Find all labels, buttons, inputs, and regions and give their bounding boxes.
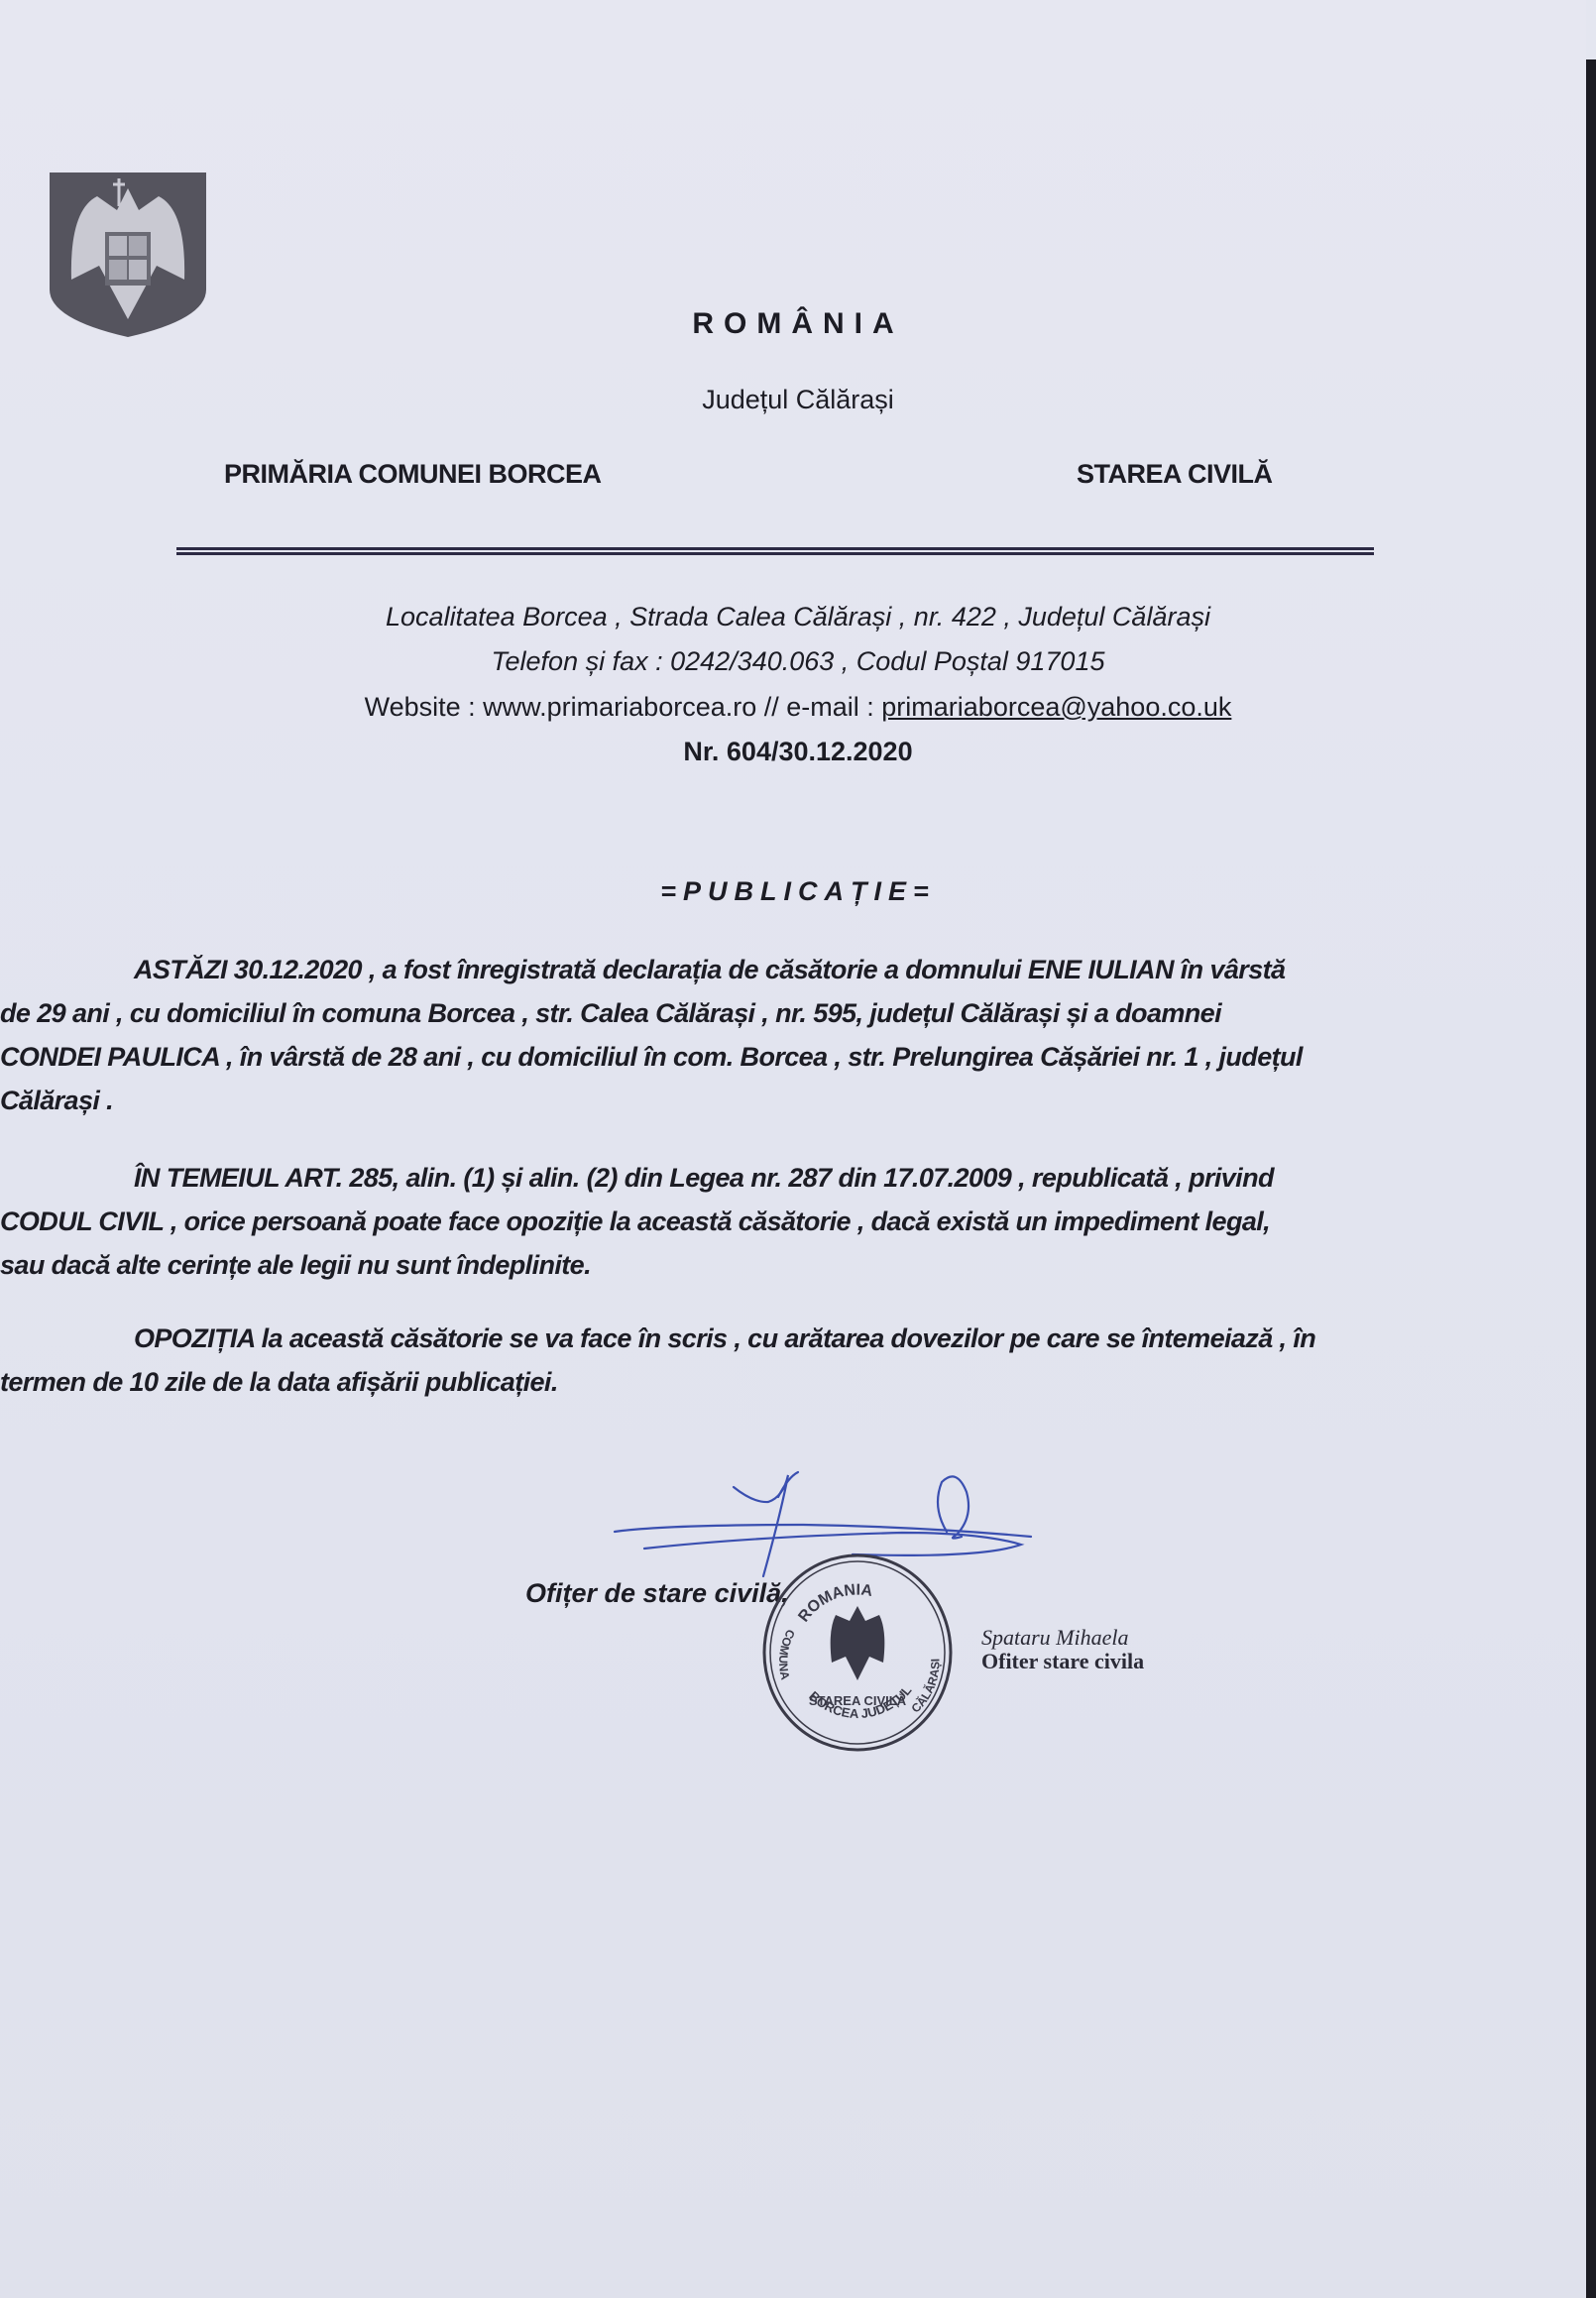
- document-page: [0, 0, 1586, 2298]
- registration-number: Nr. 604/30.12.2020: [0, 737, 1596, 767]
- signer-block: Spataru Mihaela Ofiter stare civila: [981, 1626, 1144, 1673]
- web-email-line: Website : www.primariaborcea.ro // e-mai…: [0, 692, 1596, 723]
- county-label: Județul Călărași: [0, 385, 1596, 415]
- svg-text:CĂLĂRAȘI: CĂLĂRAȘI: [909, 1659, 943, 1716]
- svg-text:STAREA CIVILĂ: STAREA CIVILĂ: [809, 1693, 907, 1708]
- country-heading: ROMÂNIA: [0, 307, 1596, 341]
- institution-name: PRIMĂRIA COMUNEI BORCEA: [224, 459, 602, 490]
- official-stamp-icon: ROMANIA BORCEA JUDEȚUL COMUNA CĂLĂRAȘI S…: [758, 1551, 957, 1755]
- paragraph-declaration: ASTĂZI 30.12.2020 , a fost înregistrată …: [0, 948, 1318, 1122]
- signer-name: Spataru Mihaela: [981, 1626, 1144, 1650]
- paragraph-opposition: OPOZIȚIA la această căsătorie se va face…: [0, 1317, 1318, 1404]
- paragraph-legal-basis: ÎN TEMEIUL ART. 285, alin. (1) și alin. …: [0, 1156, 1318, 1287]
- header-divider: [176, 547, 1374, 555]
- department-name: STAREA CIVILĂ: [1077, 459, 1273, 490]
- document-title: =PUBLICAȚIE=: [0, 876, 1596, 907]
- svg-text:COMUNA: COMUNA: [776, 1627, 798, 1681]
- signer-title: Ofiter stare civila: [981, 1650, 1144, 1673]
- phone-line: Telefon și fax : 0242/340.063 , Codul Po…: [0, 646, 1596, 677]
- website-text: Website : www.primariaborcea.ro // e-mai…: [365, 692, 882, 722]
- address-line: Localitatea Borcea , Strada Calea Călăra…: [0, 602, 1596, 632]
- signature-label: Ofițer de stare civilă,: [525, 1578, 789, 1609]
- email-link[interactable]: primariaborcea@yahoo.co.uk: [881, 692, 1231, 722]
